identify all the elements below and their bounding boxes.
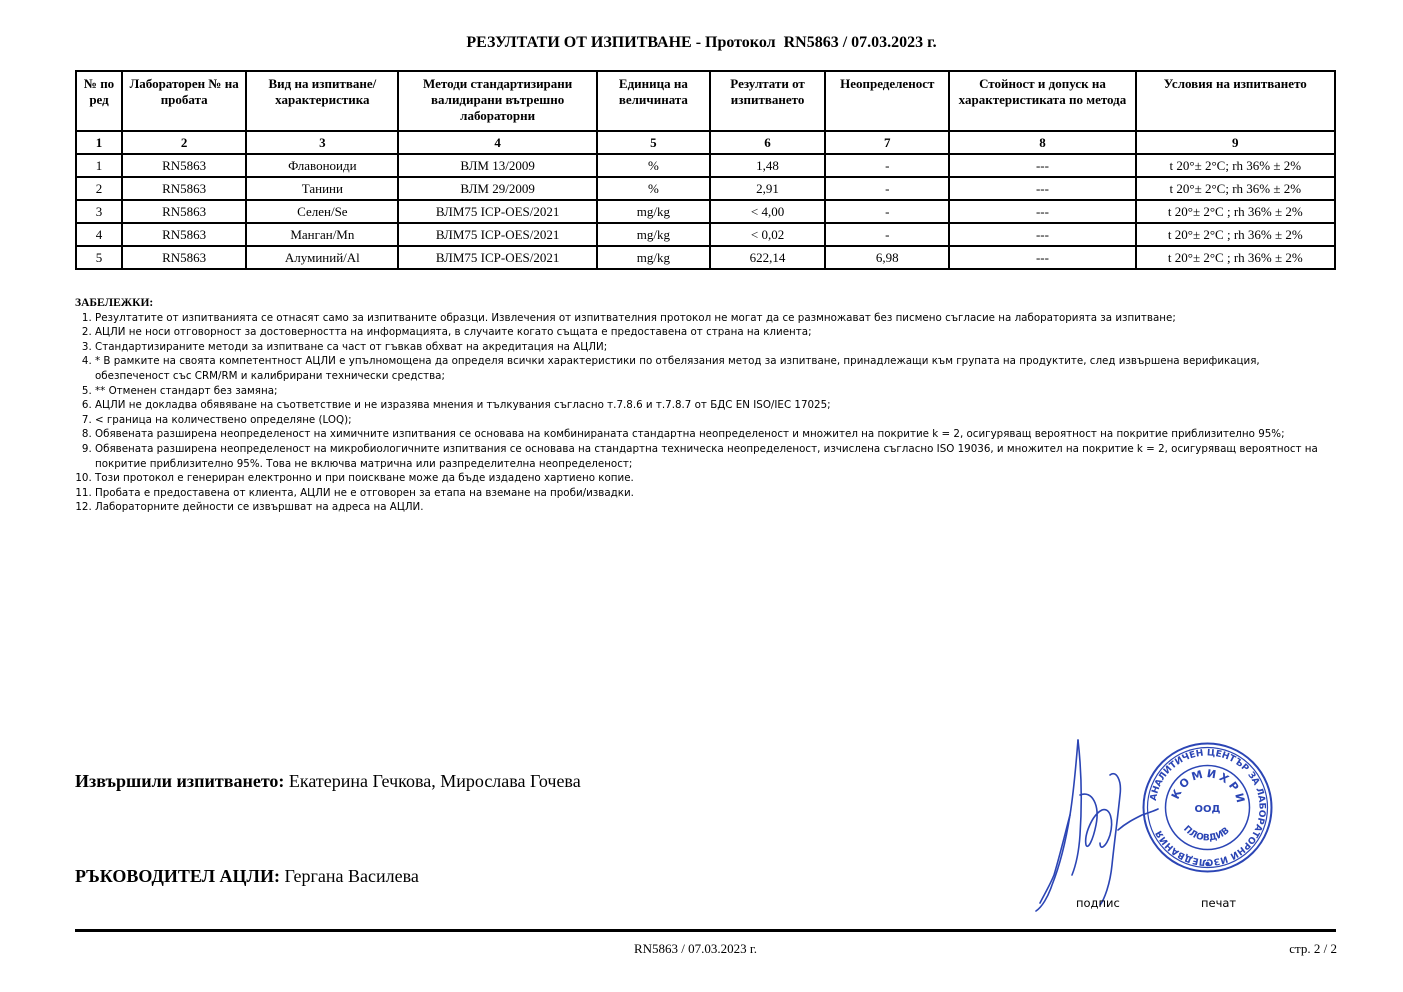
cell-uncertainty: 6,98: [825, 246, 949, 269]
cell-uncertainty: -: [825, 200, 949, 223]
cell-conditions: t 20°± 2°C; rh 36% ± 2%: [1136, 177, 1335, 200]
table-header-row: № по ред Лабораторен № на пробата Вид на…: [76, 71, 1335, 131]
column-number: 7: [825, 131, 949, 154]
column-number: 5: [597, 131, 710, 154]
column-number: 4: [398, 131, 596, 154]
footer-divider: [75, 929, 1336, 932]
header-tolerance: Стойност и допуск на характеристиката по…: [949, 71, 1135, 131]
header-results: Резултати от изпитването: [710, 71, 825, 131]
notes-title: ЗАБЕЛЕЖКИ:: [75, 296, 1337, 311]
cell-unit: mg/kg: [597, 223, 710, 246]
note-item: Обявената разширена неопределеност на ми…: [95, 442, 1337, 471]
cell-tolerance: ---: [949, 154, 1135, 177]
header-test-type: Вид на изпитване/ характеристика: [246, 71, 398, 131]
header-row-number: № по ред: [76, 71, 122, 131]
cell-unit: mg/kg: [597, 200, 710, 223]
note-item: АЦЛИ не докладва обявяване на съответств…: [95, 398, 1337, 413]
performed-by-line: Извършили изпитването: Екатерина Гечкова…: [75, 771, 581, 792]
notes-list: Резултатите от изпитванията се отнасят с…: [75, 311, 1337, 515]
signature-caption: подпис: [1076, 896, 1120, 910]
cell-tolerance: ---: [949, 246, 1135, 269]
header-unit: Единица на величината: [597, 71, 710, 131]
note-item: < граница на количествено определяне (LO…: [95, 413, 1337, 428]
cell-method: ВЛМ75 ICP-OES/2021: [398, 223, 596, 246]
stamp-type: ООД: [1195, 804, 1221, 815]
cell-uncertainty: -: [825, 177, 949, 200]
table-row: 4RN5863Манган/MnВЛМ75 ICP-OES/2021mg/kg<…: [76, 223, 1335, 246]
stamp-icon: АНАЛИТИЧЕН ЦЕНТЪР ЗА ЛАБОРАТОРНИ ИЗСЛЕДВ…: [1140, 740, 1275, 875]
cell-conditions: t 20°± 2°C; rh 36% ± 2%: [1136, 154, 1335, 177]
cell-uncertainty: -: [825, 154, 949, 177]
results-table: № по ред Лабораторен № на пробата Вид на…: [75, 70, 1336, 270]
header-uncertainty: Неопределеност: [825, 71, 949, 131]
cell-uncertainty: -: [825, 223, 949, 246]
cell-tolerance: ---: [949, 177, 1135, 200]
cell-lab-number: RN5863: [122, 177, 246, 200]
note-item: Този протокол е генериран електронно и п…: [95, 471, 1337, 486]
stamp-city: ПЛОВДИВ: [1181, 824, 1232, 844]
svg-text:ПЛОВДИВ: ПЛОВДИВ: [1181, 824, 1232, 844]
cell-test-type: Танини: [246, 177, 398, 200]
note-item: Лабораторните дейности се извършват на а…: [95, 500, 1337, 515]
cell-method: ВЛМ 29/2009: [398, 177, 596, 200]
cell-test-type: Селен/Se: [246, 200, 398, 223]
head-name: Гергана Василева: [280, 866, 419, 886]
cell-conditions: t 20°± 2°C ; rh 36% ± 2%: [1136, 246, 1335, 269]
cell-test-type: Алуминий/Al: [246, 246, 398, 269]
note-item: АЦЛИ не носи отговорност за достоверност…: [95, 325, 1337, 340]
cell-result: 622,14: [710, 246, 825, 269]
cell-result: 2,91: [710, 177, 825, 200]
column-number: 6: [710, 131, 825, 154]
table-row: 1RN5863ФлавоноидиВЛМ 13/2009%1,48----t 2…: [76, 154, 1335, 177]
note-item: ** Отменен стандарт без замяна;: [95, 384, 1337, 399]
note-item: Пробата е предоставена от клиента, АЦЛИ …: [95, 486, 1337, 501]
cell-unit: mg/kg: [597, 246, 710, 269]
column-number-row: 1 2 3 4 5 6 7 8 9: [76, 131, 1335, 154]
cell-method: ВЛМ75 ICP-OES/2021: [398, 200, 596, 223]
head-label: РЪКОВОДИТЕЛ АЦЛИ:: [75, 866, 280, 886]
cell-result: < 4,00: [710, 200, 825, 223]
performed-by-label: Извършили изпитването:: [75, 771, 284, 791]
cell-row-number: 1: [76, 154, 122, 177]
header-conditions: Условия на изпитването: [1136, 71, 1335, 131]
stamp-caption: печат: [1201, 896, 1236, 910]
cell-tolerance: ---: [949, 200, 1135, 223]
note-item: Резултатите от изпитванията се отнасят с…: [95, 311, 1337, 326]
column-number: 8: [949, 131, 1135, 154]
footer-protocol: RN5863 / 07.03.2023 г.: [634, 941, 757, 957]
cell-lab-number: RN5863: [122, 154, 246, 177]
column-number: 9: [1136, 131, 1335, 154]
cell-test-type: Флавоноиди: [246, 154, 398, 177]
footer-page-number: стр. 2 / 2: [1289, 941, 1337, 957]
cell-result: 1,48: [710, 154, 825, 177]
table-row: 2RN5863ТаниниВЛМ 29/2009%2,91----t 20°± …: [76, 177, 1335, 200]
table-row: 5RN5863Алуминий/AlВЛМ75 ICP-OES/2021mg/k…: [76, 246, 1335, 269]
cell-unit: %: [597, 177, 710, 200]
header-lab-number: Лабораторен № на пробата: [122, 71, 246, 131]
note-item: Обявената разширена неопределеност на хи…: [95, 427, 1337, 442]
cell-test-type: Манган/Mn: [246, 223, 398, 246]
cell-method: ВЛМ 13/2009: [398, 154, 596, 177]
cell-lab-number: RN5863: [122, 246, 246, 269]
table-row: 3RN5863Селен/SeВЛМ75 ICP-OES/2021mg/kg< …: [76, 200, 1335, 223]
cell-row-number: 3: [76, 200, 122, 223]
page-title: РЕЗУЛТАТИ ОТ ИЗПИТВАНЕ - Протокол RN5863…: [0, 34, 1403, 52]
cell-method: ВЛМ75 ICP-OES/2021: [398, 246, 596, 269]
note-item: Стандартизираните методи за изпитване са…: [95, 340, 1337, 355]
cell-conditions: t 20°± 2°C ; rh 36% ± 2%: [1136, 223, 1335, 246]
column-number: 1: [76, 131, 122, 154]
cell-row-number: 4: [76, 223, 122, 246]
cell-lab-number: RN5863: [122, 223, 246, 246]
cell-lab-number: RN5863: [122, 200, 246, 223]
performed-by-names: Екатерина Гечкова, Мирослава Гочева: [284, 771, 580, 791]
note-item: * В рамките на своята компетентност АЦЛИ…: [95, 354, 1337, 383]
column-number: 3: [246, 131, 398, 154]
cell-tolerance: ---: [949, 223, 1135, 246]
cell-row-number: 5: [76, 246, 122, 269]
notes-section: ЗАБЕЛЕЖКИ: Резултатите от изпитванията с…: [75, 296, 1337, 515]
header-methods: Методи стандартизирани валидирани вътреш…: [398, 71, 596, 131]
cell-result: < 0,02: [710, 223, 825, 246]
head-line: РЪКОВОДИТЕЛ АЦЛИ: Гергана Василева: [75, 866, 419, 887]
table-body: 1RN5863ФлавоноидиВЛМ 13/2009%1,48----t 2…: [76, 154, 1335, 269]
cell-unit: %: [597, 154, 710, 177]
column-number: 2: [122, 131, 246, 154]
cell-conditions: t 20°± 2°C ; rh 36% ± 2%: [1136, 200, 1335, 223]
cell-row-number: 2: [76, 177, 122, 200]
